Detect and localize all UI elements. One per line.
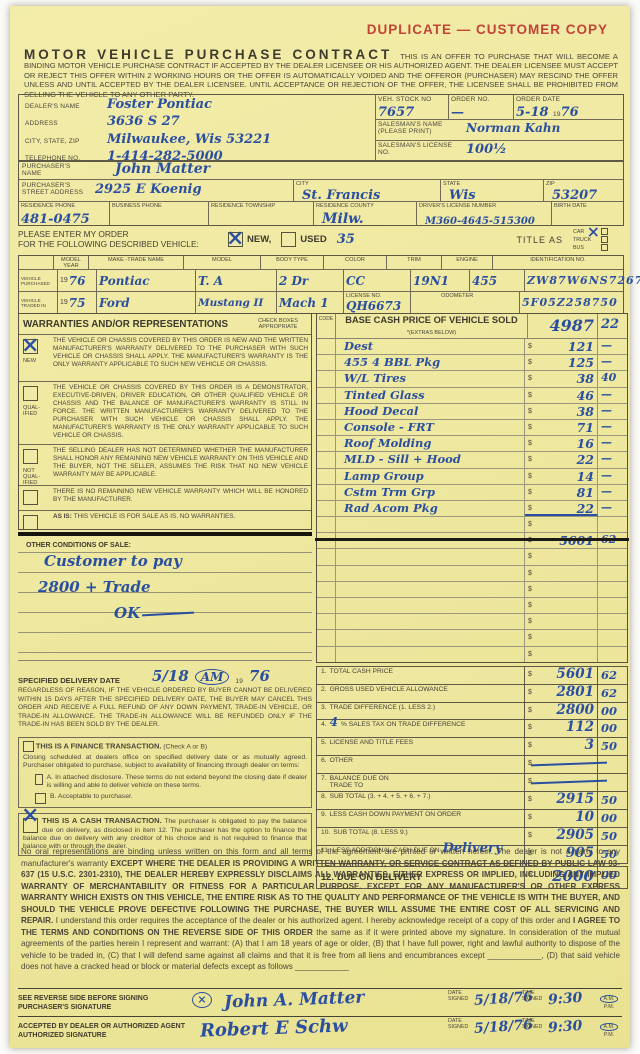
- total-row-number: 6.: [321, 758, 327, 765]
- dollar-sign: $: [528, 566, 532, 581]
- price-row: $: [317, 549, 627, 565]
- bus-checkbox: [601, 244, 608, 251]
- total-row-text: TRADE DIFFERENCE (1. LESS 2.): [330, 705, 436, 712]
- scanned-contract-page: { "colors": {"accent_red":"#c24434","ink…: [0, 0, 640, 1054]
- price-amount-cell: $: [525, 630, 598, 645]
- dealer-signature-area: Robert E Schw: [190, 1017, 448, 1044]
- price-amount-cell: $22: [525, 501, 598, 516]
- dealer-city-value: Milwaukee, Wis 53221: [107, 132, 271, 147]
- order-request-text: PLEASE ENTER MY ORDER FOR THE FOLLOWING …: [18, 230, 228, 249]
- price-row: $: [317, 566, 627, 582]
- total-row-number: 2.: [321, 687, 327, 694]
- total-dollars: 2905: [556, 828, 594, 845]
- warranty-checkbox: [23, 449, 38, 464]
- total-row-text: LESS CASH DOWN PAYMENT ON ORDER: [330, 812, 462, 819]
- total-row-number: 1.: [321, 669, 327, 676]
- purchaser-signature-area: × John A. Matter: [190, 989, 448, 1016]
- price-row: $: [317, 647, 627, 662]
- price-code-cell: [317, 549, 336, 564]
- warranty-lead: AS IS:: [53, 513, 74, 520]
- delivery-date-label: SPECIFIED DELIVERY DATE: [18, 676, 120, 685]
- total-cents: 50: [597, 738, 627, 755]
- price-row: Lamp Group$14—: [317, 469, 627, 485]
- drivers-license-cell: DRIVER'S LICENSE NUMBERM360-4645-515300: [417, 202, 552, 225]
- delivery-date-section: SPECIFIED DELIVERY DATE 5/18 AM 19 76 RE…: [18, 667, 312, 730]
- total-cents: 62: [597, 685, 627, 702]
- price-amount-cell: $16: [525, 436, 598, 451]
- price-item-cents: [598, 517, 627, 532]
- dealer-name-label: DEALER'S NAME: [25, 103, 107, 112]
- total-row-label: 4.4% SALES TAX ON TRADE DIFFERENCE: [317, 720, 524, 737]
- price-amount-cell: $14: [525, 469, 598, 484]
- dealer-city-label: CITY, STATE, ZIP: [25, 138, 107, 147]
- condition-approval-initials: OK: [114, 604, 194, 622]
- total-dollars: 2915: [556, 792, 594, 809]
- city-cell: CITYSt. Francis: [294, 180, 441, 201]
- street-cell: PURCHASER'S STREET ADDRESS2925 E Koenig: [19, 180, 294, 201]
- price-row: Tinted Glass$46—: [317, 388, 627, 404]
- price-row: Cstm Trm Grp$81—: [317, 485, 627, 501]
- vehicle-table-header: MODEL YEAR MAKE -TRADE NAME MODEL BODY T…: [19, 256, 623, 270]
- zip-cell: ZIP53207: [544, 180, 623, 201]
- price-item-label: Console - FRT: [336, 420, 525, 435]
- total-dollars: 5601: [556, 667, 594, 684]
- price-item-label: Dest: [336, 339, 525, 354]
- total-row-label: 9.LESS CASH DOWN PAYMENT ON ORDER: [317, 810, 524, 827]
- delivery-terms-paragraph: REGARDLESS OF REASON, IF THE VEHICLE ORD…: [18, 687, 312, 730]
- price-item-cents: [598, 647, 627, 662]
- price-item-cents: —: [598, 420, 627, 435]
- state-value: Wis: [449, 188, 476, 203]
- price-amount-cell: $121: [525, 339, 598, 354]
- city-value: St. Francis: [302, 188, 380, 203]
- price-amount-cell: $: [525, 598, 598, 613]
- price-code-cell: [317, 355, 336, 370]
- business-phone-cell: BUSINESS PHONE: [110, 202, 209, 225]
- salesman-license-value: 100½: [466, 142, 507, 160]
- warranty-checkbox: [23, 386, 38, 401]
- base-price-table: CODE BASE CASH PRICE OF VEHICLE SOLD *(E…: [316, 313, 628, 663]
- other-conditions-label: OTHER CONDITIONS OF SALE:: [26, 542, 131, 549]
- residence-phone-cell: RESIDENCE PHONE481-0475: [19, 202, 110, 225]
- dollar-sign: $: [528, 420, 532, 435]
- dollar-sign: $: [528, 485, 532, 500]
- total-row-label: 7.BALANCE DUE ON TRADE TO: [317, 774, 524, 791]
- new-label: NEW,: [247, 234, 271, 245]
- total-amount-cell: $2801: [524, 685, 597, 702]
- total-row: 3.TRADE DIFFERENCE (1. LESS 2.)$280000: [316, 703, 628, 721]
- warranty-text: THERE IS NO REMAINING NEW VEHICLE WARRAN…: [53, 486, 311, 510]
- price-row: $560162: [317, 533, 627, 549]
- traded-vin: 5F05Z258750: [522, 296, 618, 309]
- price-item-label: 455 4 BBL Pkg: [336, 355, 525, 370]
- vehicle-traded-row: VEHICLE TRADED IN 1975 Ford Mustang II M…: [19, 292, 623, 313]
- finance-transaction-box: THIS IS A FINANCE TRANSACTION. (Check A …: [18, 737, 312, 808]
- total-row-number: 7.: [321, 776, 327, 783]
- sales-tax-rate-handwritten: 4: [330, 719, 338, 726]
- vehicle-purchased-row: VEHICLE PURCHASED 1976 Pontiac T. A 2 Dr…: [19, 270, 623, 292]
- price-code-cell: [317, 371, 336, 386]
- purchaser-name-cell: PURCHASER'S NAME John Matter: [19, 161, 623, 179]
- total-row-number: 4.: [321, 722, 327, 729]
- price-code-cell: [317, 339, 336, 354]
- price-amount-cell: $: [525, 566, 598, 581]
- price-code-cell: [317, 630, 336, 645]
- price-item-dollars: 121: [568, 339, 594, 354]
- price-row: $: [317, 614, 627, 630]
- total-dollars: 10: [575, 810, 594, 827]
- warranties-box: WARRANTIES AND/OR REPRESENTATIONS CHECK …: [18, 313, 312, 530]
- other-conditions-box: OTHER CONDITIONS OF SALE: Customer to pa…: [18, 538, 312, 661]
- purchaser-signature-row: SEE REVERSE SIDE BEFORE SIGNING PURCHASE…: [18, 988, 622, 1016]
- price-code-cell: [317, 404, 336, 419]
- finance-option-b: B. Acceptable to purchaser.: [50, 793, 133, 804]
- accepted-by-label: ACCEPTED BY DEALER OR AUTHORIZED AGENT: [18, 1022, 190, 1031]
- total-dollars: 2801: [556, 685, 594, 702]
- price-item-cents: 40: [598, 371, 627, 386]
- authorized-signature-label: AUTHORIZED SIGNATURE: [18, 1031, 190, 1040]
- total-row-number: 9.: [321, 812, 327, 819]
- county-value: Milw.: [322, 211, 364, 227]
- traded-model: Mustang II: [198, 297, 263, 309]
- total-amount-cell: $3: [524, 738, 597, 755]
- heavy-divider-line: [315, 538, 629, 541]
- total-amount-cell: $2800: [524, 703, 597, 720]
- price-item-cents: [598, 630, 627, 645]
- price-code-cell: [317, 436, 336, 451]
- base-price-dollars: 4987: [549, 316, 594, 335]
- total-cents: 00: [597, 703, 627, 720]
- price-item-label: W/L Tires: [336, 371, 525, 386]
- price-item-label: [336, 630, 525, 645]
- signature-scribble: [142, 612, 194, 617]
- price-item-label: Lamp Group: [336, 469, 525, 484]
- price-amount-cell: $: [525, 517, 598, 532]
- total-row-text: LICENSE AND TITLE FEES: [330, 740, 414, 747]
- price-amount-cell: $: [525, 582, 598, 597]
- price-item-label: MLD - Sill + Hood: [336, 452, 525, 467]
- price-item-cents: [598, 598, 627, 613]
- purchaser-box: PURCHASER'S NAME John Matter PURCHASER'S…: [18, 160, 624, 226]
- new-checkbox: [228, 232, 243, 247]
- dollar-sign: $: [528, 598, 532, 613]
- dollar-sign: $: [528, 388, 532, 403]
- dollar-sign: $: [528, 339, 532, 354]
- price-row: $: [317, 582, 627, 598]
- dealer-date-signed: DATE SIGNED5/18/76: [448, 1017, 522, 1044]
- price-item-dollars: 81: [577, 485, 594, 500]
- dollar-sign: $: [528, 501, 532, 514]
- warranty-text: AS IS: THIS VEHICLE IS FOR SALE AS IS. N…: [53, 511, 311, 529]
- traded-make: Ford: [99, 296, 130, 310]
- warranty-tag: QUAL-IFIED: [23, 405, 47, 417]
- condition-line-1: Customer to pay: [44, 552, 182, 570]
- price-item-cents: —: [598, 452, 627, 467]
- price-code-cell: [317, 452, 336, 467]
- stock-note: 35: [337, 232, 355, 247]
- base-price-header: BASE CASH PRICE OF VEHICLE SOLD *(EXTRAS…: [336, 314, 528, 338]
- dollar-sign: $: [528, 720, 532, 737]
- total-row: 6.OTHER$: [316, 756, 628, 774]
- delivery-ampm: AM: [195, 669, 230, 685]
- signature-block: SEE REVERSE SIDE BEFORE SIGNING PURCHASE…: [18, 988, 622, 1044]
- total-amount-cell: $112: [524, 720, 597, 737]
- price-item-cents: —: [598, 469, 627, 484]
- price-row: MLD - Sill + Hood$22—: [317, 452, 627, 468]
- total-row-label: 1.TOTAL CASH PRICE: [317, 667, 524, 684]
- price-amount-cell: $: [525, 549, 598, 564]
- total-row-label: 6.OTHER: [317, 756, 524, 773]
- stock-no-cell: VEH. STOCK NO7657: [376, 95, 449, 119]
- warranty-item: QUAL-IFIEDTHE VEHICLE OR CHASSIS COVERED…: [19, 382, 311, 445]
- price-row: 455 4 BBL Pkg$125—: [317, 355, 627, 371]
- price-item-label: Cstm Trm Grp: [336, 485, 525, 500]
- total-dollars: 2800: [556, 703, 594, 720]
- price-code-cell: [317, 647, 336, 662]
- duplicate-copy-label: DUPLICATE — CUSTOMER COPY: [367, 22, 608, 37]
- total-row: 1.TOTAL CASH PRICE$560162: [316, 666, 628, 685]
- odometer-cell: ODOMETER: [411, 292, 520, 313]
- title-as-car-x-mark: ×: [587, 222, 600, 241]
- cash-checkbox-checked: [23, 818, 38, 833]
- dollar-sign: $: [528, 355, 532, 370]
- warranty-text: THE SELLING DEALER HAS NOT DETERMINED WH…: [53, 445, 311, 485]
- vehicle-table: MODEL YEAR MAKE -TRADE NAME MODEL BODY T…: [18, 255, 624, 314]
- price-row: W/L Tires$3840: [317, 371, 627, 387]
- residence-phone-value: 481-0475: [21, 212, 90, 227]
- dollar-sign: $: [528, 371, 532, 386]
- zip-value: 53207: [552, 188, 597, 203]
- warranty-text: THE VEHICLE OR CHASSIS COVERED BY THIS O…: [53, 335, 311, 381]
- price-amount-cell: $: [525, 614, 598, 629]
- dollar-sign: $: [528, 792, 532, 809]
- legal-segment: I understand this order requires the acc…: [56, 916, 573, 925]
- warranty-tag: NOT QUAL-IFIED: [23, 468, 47, 486]
- warranty-tag: NEW: [23, 358, 47, 364]
- price-item-label: Roof Molding: [336, 436, 525, 451]
- price-amount-cell: $71: [525, 420, 598, 435]
- price-code-cell: [317, 566, 336, 581]
- price-item-label: [336, 517, 525, 532]
- warranty-checkbox-col: [19, 511, 53, 529]
- warranty-item: THERE IS NO REMAINING NEW VEHICLE WARRAN…: [19, 486, 311, 511]
- price-amount-cell: $38: [525, 404, 598, 419]
- dealer-address-label: ADDRESS: [25, 120, 107, 129]
- see-reverse-label: SEE REVERSE SIDE BEFORE SIGNING: [18, 994, 190, 1003]
- delivery-year: 76: [249, 667, 270, 685]
- price-item-cents: —: [598, 388, 627, 403]
- dollar-sign: $: [528, 517, 532, 532]
- price-item-dollars: 22: [577, 501, 594, 514]
- total-dollars: 112: [566, 720, 594, 737]
- license-no-value: QH6673: [346, 299, 401, 313]
- dealer-info: DEALER'S NAMEFoster Pontiac ADDRESS3636 …: [19, 95, 376, 161]
- section-divider-bar: [18, 532, 312, 536]
- dollar-sign: $: [528, 738, 532, 755]
- total-row: 5.LICENSE AND TITLE FEES$350: [316, 738, 628, 756]
- price-code-cell: [317, 485, 336, 500]
- price-code-cell: [317, 469, 336, 484]
- handwritten-dash: [531, 762, 607, 767]
- price-item-dollars: 38: [577, 404, 594, 419]
- price-item-dollars: 71: [577, 420, 594, 435]
- price-code-cell: [317, 501, 336, 516]
- price-item-label: [336, 566, 525, 581]
- delivery-date-value: 5/18: [152, 667, 189, 685]
- purchaser-name-value: John Matter: [115, 161, 210, 177]
- total-row-label: 8.SUB TOTAL (3. + 4. + 5. + 6. + 7.): [317, 792, 524, 809]
- order-request-line: PLEASE ENTER MY ORDER FOR THE FOLLOWING …: [18, 226, 622, 253]
- traded-body: Mach 1: [279, 296, 329, 310]
- order-date-year: 76: [561, 105, 579, 120]
- total-row-text: BALANCE DUE ON TRADE TO: [330, 776, 389, 790]
- price-code-cell: [317, 420, 336, 435]
- dollar-sign: $: [528, 630, 532, 645]
- total-dollars: 3: [585, 738, 594, 755]
- dealer-signature-value: Robert E Schw: [200, 1015, 348, 1041]
- dealer-address-value: 3636 S 27: [107, 114, 180, 129]
- county-cell: RESIDENCE COUNTYMilw.: [314, 202, 417, 225]
- price-item-dollars: 22: [577, 452, 594, 467]
- price-item-label: Tinted Glass: [336, 388, 525, 403]
- total-row-number: 5.: [321, 740, 327, 747]
- warranty-checkbox-col: NOT QUAL-IFIED: [19, 445, 53, 485]
- truck-checkbox: [601, 236, 608, 243]
- price-item-cents: —: [598, 436, 627, 451]
- price-item-label: [336, 582, 525, 597]
- total-row: 8.SUB TOTAL (3. + 4. + 5. + 6. + 7.)$291…: [316, 792, 628, 810]
- cash-title: THIS IS A CASH TRANSACTION.: [42, 816, 162, 825]
- dollar-sign: $: [528, 404, 532, 419]
- price-item-dollars: 125: [568, 355, 594, 370]
- total-row-label: 3.TRADE DIFFERENCE (1. LESS 2.): [317, 703, 524, 720]
- warranty-checkbox-checked: [23, 339, 38, 354]
- stock-no-value: 7657: [378, 105, 414, 120]
- warranty-item: NEWTHE VEHICLE OR CHASSIS COVERED BY THI…: [19, 335, 311, 382]
- purchased-make: Pontiac: [99, 274, 150, 288]
- dollar-sign: $: [528, 452, 532, 467]
- dealer-order-box: DEALER'S NAMEFoster Pontiac ADDRESS3636 …: [18, 94, 624, 162]
- finance-body: Closing scheduled at dealers office on s…: [23, 754, 307, 771]
- total-row-number: 10.: [321, 830, 330, 837]
- warranty-checkbox: [23, 515, 38, 529]
- used-checkbox: [281, 232, 296, 247]
- price-row: Hood Decal$38—: [317, 404, 627, 420]
- purchaser-time-signed: TIME SIGNED9:30: [522, 989, 596, 1016]
- dollar-sign: $: [528, 582, 532, 597]
- price-item-label: [336, 614, 525, 629]
- dealer-name-value: Foster Pontiac: [107, 97, 212, 112]
- condition-line-2: 2800 + Trade: [38, 578, 151, 596]
- price-item-label: Rad Acom Pkg: [336, 501, 525, 516]
- price-amount-cell: $81: [525, 485, 598, 500]
- dollar-sign: $: [528, 667, 532, 684]
- order-date-cell: ORDER DATE5-18 1976: [514, 95, 623, 119]
- price-item-cents: —: [598, 501, 627, 516]
- dealer-time-value: 9:30: [547, 1018, 582, 1036]
- total-amount-cell: $2905: [524, 828, 597, 845]
- dollar-sign: $: [528, 614, 532, 629]
- price-amount-cell: $125: [525, 355, 598, 370]
- price-row: Rad Acom Pkg$22—: [317, 501, 627, 517]
- dollar-sign: $: [528, 685, 532, 702]
- state-cell: STATEWis: [441, 180, 544, 201]
- price-code-cell: [317, 598, 336, 613]
- finance-title: THIS IS A FINANCE TRANSACTION.: [36, 741, 162, 750]
- price-item-label: [336, 647, 525, 662]
- price-code-cell: [317, 388, 336, 403]
- price-row: $: [317, 517, 627, 533]
- purchased-vin: ZW87W6NS72675: [527, 274, 640, 287]
- code-column-header: CODE: [317, 314, 336, 338]
- price-item-cents: —: [598, 355, 627, 370]
- dollar-sign: $: [528, 647, 532, 662]
- right-column: CODE BASE CASH PRICE OF VEHICLE SOLD *(E…: [316, 313, 628, 889]
- warranty-checkbox-col: QUAL-IFIED: [19, 382, 53, 444]
- dollar-sign: $: [528, 810, 532, 827]
- title-as-label: TITLE AS: [516, 235, 563, 245]
- total-row: 9.LESS CASH DOWN PAYMENT ON ORDER$1000: [316, 810, 628, 828]
- total-amount-cell: $: [524, 774, 597, 791]
- warranty-checkbox-col: NEW: [19, 335, 53, 381]
- dollar-sign: $: [528, 549, 532, 564]
- warranty-text: THE VEHICLE OR CHASSIS COVERED BY THIS O…: [53, 382, 311, 444]
- total-cents: 00: [597, 810, 627, 827]
- order-no-cell: ORDER NO.—: [449, 95, 514, 119]
- price-item-cents: [598, 614, 627, 629]
- price-code-cell: [317, 582, 336, 597]
- order-no-value: —: [451, 105, 464, 120]
- legal-paragraph: No oral representations are binding unle…: [21, 846, 620, 973]
- price-row: Dest$121—: [317, 339, 627, 355]
- dealer-ampm: A.M.P.M.: [596, 1023, 622, 1038]
- price-code-cell: [317, 614, 336, 629]
- total-row-text: TOTAL CASH PRICE: [330, 669, 393, 676]
- total-amount-cell: $: [524, 756, 597, 773]
- price-item-dollars: 16: [577, 436, 594, 451]
- order-date-value: 5-18: [516, 105, 549, 120]
- price-item-label: Hood Decal: [336, 404, 525, 419]
- price-item-label: [336, 549, 525, 564]
- total-row-label: 2.GROSS USED VEHICLE ALLOWANCE: [317, 685, 524, 702]
- price-amount-cell: $46: [525, 388, 598, 403]
- total-row-text: % SALES TAX ON TRADE DIFFERENCE: [341, 722, 466, 729]
- total-row: 4.4% SALES TAX ON TRADE DIFFERENCE$11200: [316, 720, 628, 738]
- warranty-checkbox: [23, 490, 38, 505]
- finance-checkbox: [23, 741, 34, 752]
- car-checkbox: [601, 228, 608, 235]
- street-value: 2925 E Koenig: [95, 182, 202, 197]
- total-cents: [597, 774, 627, 791]
- purchased-trim: 19N1: [413, 274, 449, 288]
- total-row-text: SUB TOTAL (3. + 4. + 5. + 6. + 7.): [330, 794, 431, 801]
- total-amount-cell: $5601: [524, 667, 597, 684]
- price-extra-rows: Dest$121—455 4 BBL Pkg$125—W/L Tires$384…: [317, 339, 627, 662]
- total-row-number: 3.: [321, 705, 327, 712]
- purchased-color: CC: [346, 274, 365, 288]
- warranty-checkbox-col: [19, 486, 53, 510]
- dollar-sign: $: [528, 828, 532, 845]
- price-item-cents: [598, 566, 627, 581]
- price-amount-cell: $38: [525, 371, 598, 386]
- price-item-cents: —: [598, 485, 627, 500]
- total-row: 2.GROSS USED VEHICLE ALLOWANCE$280162: [316, 685, 628, 703]
- total-row: 7.BALANCE DUE ON TRADE TO$: [316, 774, 628, 792]
- purchaser-signature-label: PURCHASER'S SIGNATURE: [18, 1003, 190, 1012]
- page-title: MOTOR VEHICLE PURCHASE CONTRACT: [24, 47, 392, 62]
- total-cents: 50: [597, 792, 627, 809]
- contract-intro: MOTOR VEHICLE PURCHASE CONTRACTTHIS IS A…: [24, 50, 618, 99]
